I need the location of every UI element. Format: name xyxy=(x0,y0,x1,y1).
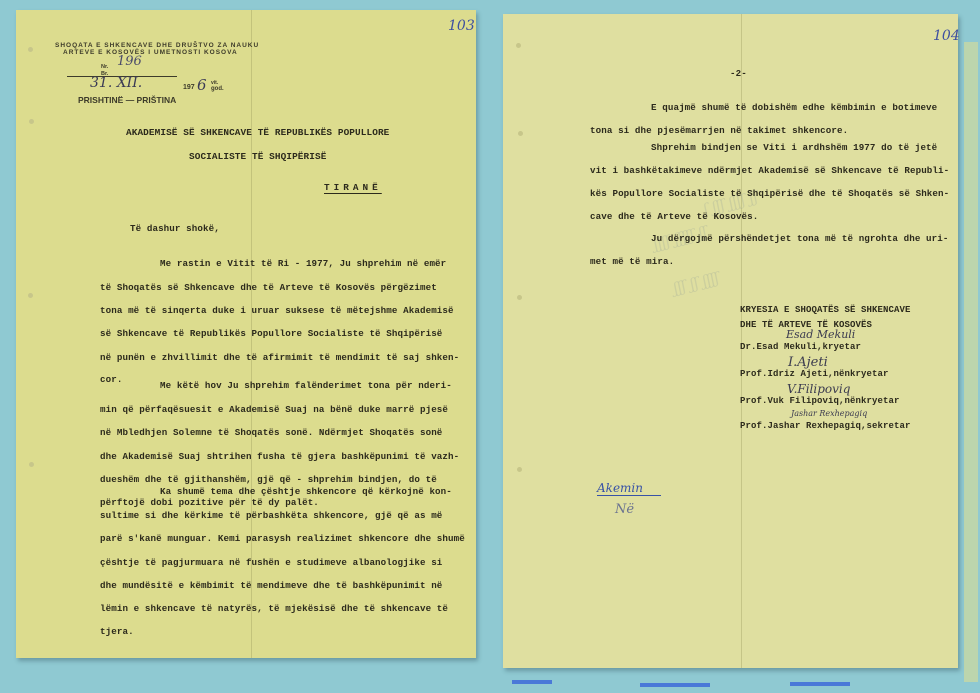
recipient-city: TIRANË xyxy=(324,182,382,193)
folio-number: 103 xyxy=(448,18,475,34)
blue-tab xyxy=(512,680,552,684)
stamp-line-1: SHOQATA E SHKENCAVE DHE DRUŠTVO ZA NAUKU xyxy=(55,42,259,49)
text-line: sultime si dhe kërkime të përbashkëta sh… xyxy=(100,510,442,521)
text-line: në punën e zhvillimit dhe të afirmimit t… xyxy=(100,352,459,363)
blue-tab xyxy=(790,682,850,686)
stamp-line-2: ARTEVE E KOSOVËS I UMETNOSTI KOSOVA xyxy=(63,49,259,56)
year-prefix: 197 xyxy=(183,84,195,91)
salutation: Të dashur shokë, xyxy=(130,223,220,234)
handwritten-note: Akemin xyxy=(597,481,661,496)
handwritten-signature: V.Filipoviq xyxy=(787,382,850,396)
folio-number: 104 xyxy=(933,28,960,44)
background-paper-strip xyxy=(964,42,978,682)
punch-hole xyxy=(517,467,522,472)
punch-hole xyxy=(28,293,33,298)
text-line: E quajmë shumë të dobishëm edhe këmbimin… xyxy=(651,102,937,113)
recipient-line-2: SOCIALISTE TË SHQIPËRISË xyxy=(189,151,326,162)
nr-label: Nr. xyxy=(101,64,108,70)
text-line: min që përfaqësuesit e Akademisë Suaj na… xyxy=(100,404,448,415)
registry-stamp: SHOQATA E SHKENCAVE DHE DRUŠTVO ZA NAUKU… xyxy=(55,42,259,56)
text-line: tona më të sinqerta duke i uruar suksese… xyxy=(100,305,454,316)
punch-hole xyxy=(517,295,522,300)
year-digit: 6 xyxy=(197,76,207,94)
text-line: së Shkencave të Republikës Popullore Soc… xyxy=(100,328,442,339)
text-line: Me rastin e Vitit të Ri - 1977, Ju shpre… xyxy=(160,258,446,269)
handwritten-signature: Jashar Rexhepagiq xyxy=(791,409,867,418)
signature-heading-line-1: KRYESIA E SHOQATËS SË SHKENCAVE xyxy=(740,305,911,315)
letter-page-1: 103 SHOQATA E SHKENCAVE DHE DRUŠTVO ZA N… xyxy=(16,10,476,658)
text-line: dhe mundësitë e këmbimit të mendimeve dh… xyxy=(100,580,442,591)
text-line: të Shoqatës së Shkencave dhe të Arteve t… xyxy=(100,282,437,293)
punch-hole xyxy=(29,462,34,467)
text-line: lëmin e shkencave të natyrës, të mjekësi… xyxy=(100,603,448,614)
text-line: dhe Akademisë Suaj shtrihen fusha të gje… xyxy=(100,451,459,462)
page-number: -2- xyxy=(730,68,747,79)
text-line: Ju dërgojmë përshëndetjet tona më të ngr… xyxy=(651,233,949,244)
handwritten-note: Në xyxy=(615,502,634,517)
punch-hole xyxy=(28,47,33,52)
stamp-city: PRISHTINË — PRIŠTINA xyxy=(78,95,176,105)
text-line: dueshëm dhe të gjithanshëm, gjë që - shp… xyxy=(100,474,437,485)
text-line: tjera. xyxy=(100,626,134,637)
handwritten-signature: Esad Mekuli xyxy=(786,328,855,341)
text-line: Me këtë hov Ju shprehim falënderimet ton… xyxy=(160,380,452,391)
registry-date: 31. XII. xyxy=(90,75,142,91)
text-line: Ka shumë tema dhe çështje shkencore që k… xyxy=(160,486,452,497)
punch-hole xyxy=(518,131,523,136)
text-line: cave dhe të Arteve të Kosovës. xyxy=(590,211,758,222)
text-line: përftojë dobi pozitive për të dy palët. xyxy=(100,497,319,508)
text-line: çështje të pagjurmuara në fushën e studi… xyxy=(100,557,442,568)
text-line: kës Popullore Socialiste të Shqipërisë d… xyxy=(590,188,949,199)
punch-hole xyxy=(29,119,34,124)
signatory-typed-name: Dr.Esad Mekuli,kryetar xyxy=(740,342,861,352)
recipient-line-1: AKADEMISË SË SHKENCAVE TË REPUBLIKËS POP… xyxy=(126,127,389,138)
text-line: cor. xyxy=(100,374,122,385)
handwritten-signature: I.Ajeti xyxy=(788,355,828,370)
god-label: god. xyxy=(211,86,224,92)
text-line: Shprehim bindjen se Viti i ardhshëm 1977… xyxy=(651,142,937,153)
signatory-typed-name: Prof.Vuk Filipoviq,nënkryetar xyxy=(740,396,900,406)
bleed-through-writing: ʃʃʃ ʃʃ ʃʃʃʃ xyxy=(672,269,721,298)
punch-hole xyxy=(516,43,521,48)
text-line: met më të mira. xyxy=(590,256,674,267)
signatory-typed-name: Prof.Idriz Ajeti,nënkryetar xyxy=(740,369,889,379)
blue-tab xyxy=(640,683,710,687)
text-line: në Mbledhjen Solemne të Shoqatës sonë. N… xyxy=(100,427,442,438)
signatory-typed-name: Prof.Jashar Rexhepagiq,sekretar xyxy=(740,421,911,431)
text-line: parë s'kanë munguar. Kemi parasysh reali… xyxy=(100,533,465,544)
text-line: tona si dhe pjesëmarrjen në takimet shke… xyxy=(590,125,848,136)
letter-page-2: 104 -2- ʃ ʃʃʃ ʃʃʃʃ ʃʃ ʃʃʃʃ ʃʃʃʃʃ ʃʃ ʃʃʃ … xyxy=(503,14,958,668)
registry-number: 196 xyxy=(117,54,142,69)
text-line: vit i bashkëtakimeve ndërmjet Akademisë … xyxy=(590,165,949,176)
